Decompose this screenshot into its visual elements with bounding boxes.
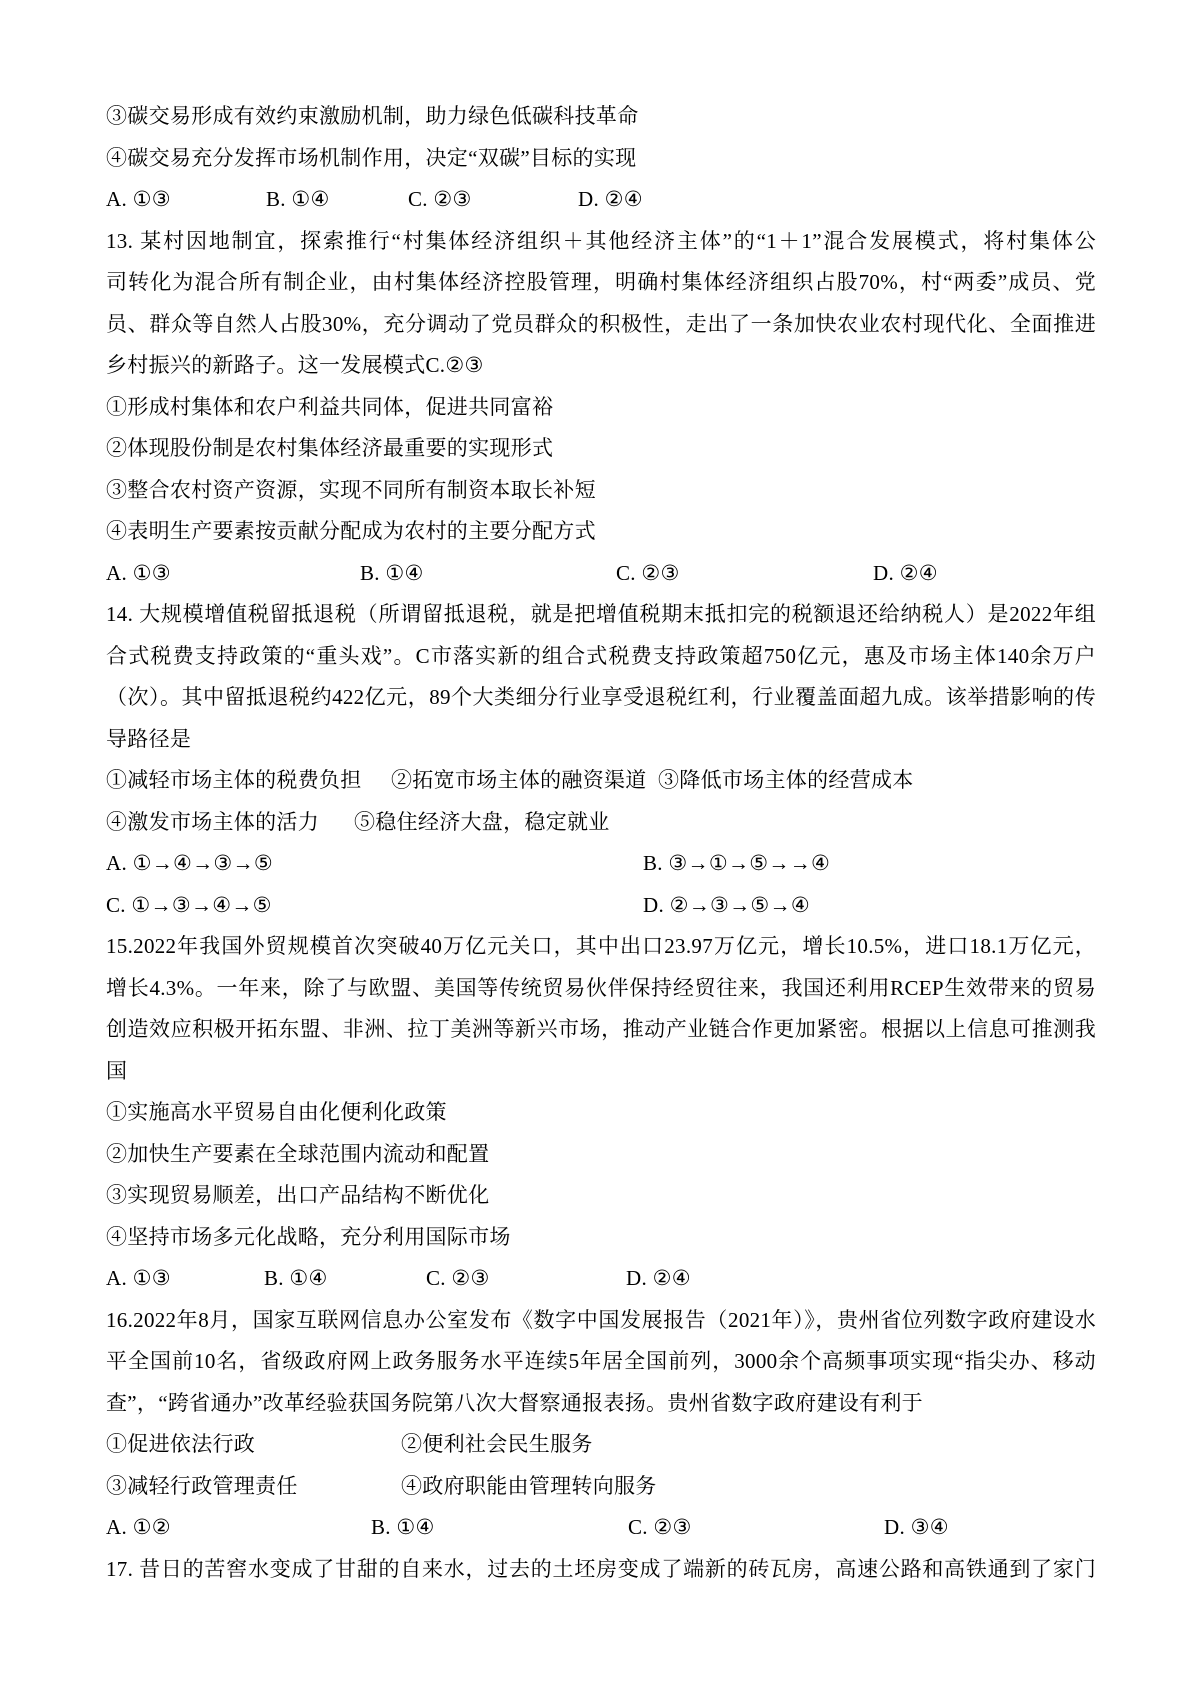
question-17: 17. 昔日的苦窖水变成了甘甜的自来水，过去的土坯房变成了端新的砖瓦房，高速公路… (106, 1549, 1096, 1591)
answer-option-c: C. ②③ (616, 553, 873, 595)
option-item: ③碳交易形成有效约束激励机制，助力绿色低碳科技革命 (106, 96, 1096, 138)
answer-option-c: C. ②③ (628, 1507, 884, 1549)
answer-option-b: B. ①④ (360, 553, 616, 595)
option-item-row: ①减轻市场主体的税费负担 ②拓宽市场主体的融资渠道 ③降低市场主体的经营成本 (106, 760, 1096, 802)
option-item-row: ③减轻行政管理责任 ④政府职能由管理转向服务 (106, 1466, 1096, 1508)
stem-line: 国 (106, 1051, 1096, 1093)
answer-option-b: B. ③→①→⑤→→④ (643, 843, 1096, 885)
option-item: ②体现股份制是农村集体经济最重要的实现形式 (106, 428, 1096, 470)
answer-option-d: D. ②→③→⑤→④ (643, 885, 1096, 927)
question-16: 16.2022年8月，国家互联网信息办公室发布《数字中国发展报告（2021年）》… (106, 1300, 1096, 1549)
option-item: ④政府职能由管理转向服务 (401, 1466, 1096, 1508)
option-item: ③减轻行政管理责任 (106, 1466, 401, 1508)
stem-line: 合式税费支持政策的“重头戏”。C市落实新的组合式税费支持政策超750亿元，惠及市… (106, 636, 1096, 678)
stem-line: 乡村振兴的新路子。这一发展模式C.②③ (106, 345, 1096, 387)
option-item: ②拓宽市场主体的融资渠道 (391, 760, 658, 802)
option-item: ③实现贸易顺差，出口产品结构不断优化 (106, 1175, 1096, 1217)
answer-option-d: D. ②④ (626, 1258, 1096, 1300)
answer-option-a: A. ①→④→③→⑤ (106, 843, 643, 885)
answer-row: A. ①③ B. ①④ C. ②③ D. ②④ (106, 553, 1096, 595)
stem-line: 17. 昔日的苦窖水变成了甘甜的自来水，过去的土坯房变成了端新的砖瓦房，高速公路… (106, 1549, 1096, 1591)
option-item: ④表明生产要素按贡献分配成为农村的主要分配方式 (106, 511, 1096, 553)
option-item-row: ④激发市场主体的活力 ⑤稳住经济大盘，稳定就业 (106, 802, 1096, 844)
answer-option-a: A. ①③ (106, 179, 266, 221)
answer-option-b: B. ①④ (371, 1507, 628, 1549)
stem-line: 创造效应积极开拓东盟、非洲、拉丁美洲等新兴市场，推动产业链合作更加紧密。根据以上… (106, 1009, 1096, 1051)
answer-option-d: D. ②④ (578, 179, 1096, 221)
answer-row: C. ①→③→④→⑤ D. ②→③→⑤→④ (106, 885, 1096, 927)
option-item: ①减轻市场主体的税费负担 (106, 760, 391, 802)
answer-row: A. ①③ B. ①④ C. ②③ D. ②④ (106, 1258, 1096, 1300)
option-item: ④坚持市场多元化战略，充分利用国际市场 (106, 1217, 1096, 1259)
stem-line: 司转化为混合所有制企业，由村集体经济控股管理，明确村集体经济组织占股70%，村“… (106, 262, 1096, 304)
option-item: ④碳交易充分发挥市场机制作用，决定“双碳”目标的实现 (106, 138, 1096, 180)
answer-option-c: C. ②③ (426, 1258, 626, 1300)
answer-option-a: A. ①③ (106, 1258, 264, 1300)
stem-line: 查”，“跨省通办”改革经验获国务院第八次大督察通报表扬。贵州省数字政府建设有利于 (106, 1383, 1096, 1425)
option-item: ③整合农村资产资源，实现不同所有制资本取长补短 (106, 470, 1096, 512)
option-item: ⑤稳住经济大盘，稳定就业 (354, 802, 1096, 844)
answer-option-a: A. ①③ (106, 553, 360, 595)
stem-line: 导路径是 (106, 719, 1096, 761)
option-item: ①实施高水平贸易自由化便利化政策 (106, 1092, 1096, 1134)
option-item: ③降低市场主体的经营成本 (658, 760, 1096, 802)
option-item: ④激发市场主体的活力 (106, 802, 354, 844)
option-item: ①促进依法行政 (106, 1424, 401, 1466)
question-15: 15.2022年我国外贸规模首次突破40万亿元关口，其中出口23.97万亿元，增… (106, 926, 1096, 1300)
answer-option-c: C. ②③ (408, 179, 578, 221)
option-item: ①形成村集体和农户利益共同体，促进共同富裕 (106, 387, 1096, 429)
stem-line: 16.2022年8月，国家互联网信息办公室发布《数字中国发展报告（2021年）》… (106, 1300, 1096, 1342)
exam-page: ③碳交易形成有效约束激励机制，助力绿色低碳科技革命 ④碳交易充分发挥市场机制作用… (0, 0, 1200, 1698)
option-item: ②便利社会民生服务 (401, 1424, 1096, 1466)
answer-row: A. ①→④→③→⑤ B. ③→①→⑤→→④ (106, 843, 1096, 885)
question-14: 14. 大规模增值税留抵退税（所谓留抵退税，就是把增值税期末抵扣完的税额退还给纳… (106, 594, 1096, 926)
answer-option-d: D. ③④ (884, 1507, 1096, 1549)
stem-line: 平全国前10名，省级政府网上政务服务水平连续5年居全国前列，3000余个高频事项… (106, 1341, 1096, 1383)
stem-line: 14. 大规模增值税留抵退税（所谓留抵退税，就是把增值税期末抵扣完的税额退还给纳… (106, 594, 1096, 636)
stem-line: （次）。其中留抵退税约422亿元，89个大类细分行业享受退税红利，行业覆盖面超九… (106, 677, 1096, 719)
answer-option-d: D. ②④ (873, 553, 1096, 595)
stem-line: 15.2022年我国外贸规模首次突破40万亿元关口，其中出口23.97万亿元，增… (106, 926, 1096, 968)
question-13: 13. 某村因地制宜，探索推行“村集体经济组织＋其他经济主体”的“1＋1”混合发… (106, 221, 1096, 595)
answer-row: A. ①③ B. ①④ C. ②③ D. ②④ (106, 179, 1096, 221)
question-12-tail: ③碳交易形成有效约束激励机制，助力绿色低碳科技革命 ④碳交易充分发挥市场机制作用… (106, 96, 1096, 221)
answer-row: A. ①② B. ①④ C. ②③ D. ③④ (106, 1507, 1096, 1549)
option-item: ②加快生产要素在全球范围内流动和配置 (106, 1134, 1096, 1176)
stem-line: 13. 某村因地制宜，探索推行“村集体经济组织＋其他经济主体”的“1＋1”混合发… (106, 221, 1096, 263)
stem-line: 员、群众等自然人占股30%，充分调动了党员群众的积极性，走出了一条加快农业农村现… (106, 304, 1096, 346)
answer-option-a: A. ①② (106, 1507, 371, 1549)
answer-option-c: C. ①→③→④→⑤ (106, 885, 643, 927)
stem-line: 增长4.3%。一年来，除了与欧盟、美国等传统贸易伙伴保持经贸往来，我国还利用RC… (106, 968, 1096, 1010)
option-item-row: ①促进依法行政 ②便利社会民生服务 (106, 1424, 1096, 1466)
answer-option-b: B. ①④ (266, 179, 408, 221)
answer-option-b: B. ①④ (264, 1258, 426, 1300)
